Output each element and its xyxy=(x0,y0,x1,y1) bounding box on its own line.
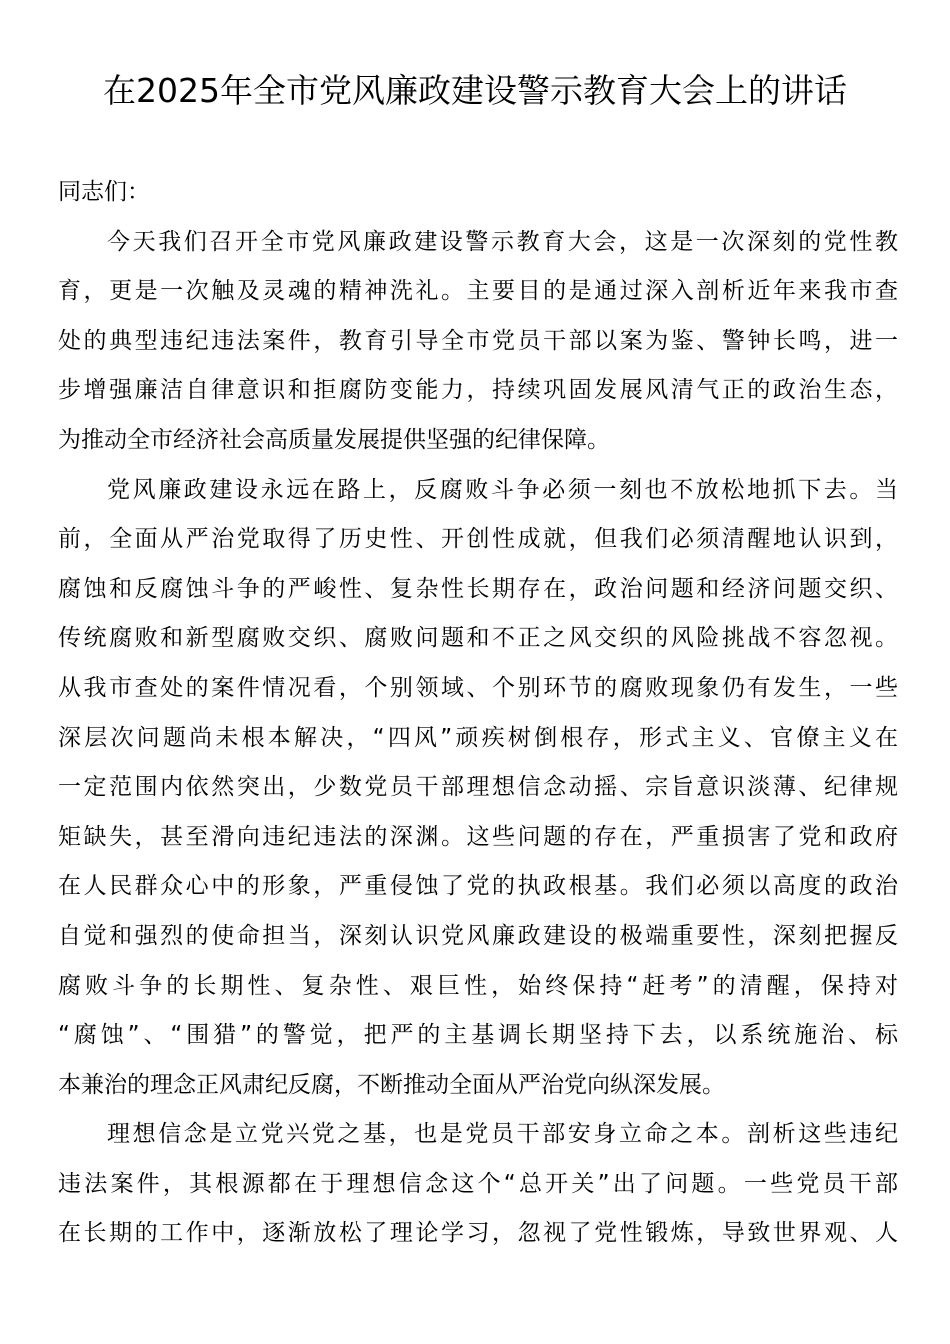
paragraph-line: 步增强廉洁自律意识和拒腐防变能力，持续巩固发展风清气正的政治生态， xyxy=(58,366,898,416)
paragraph-line: 违法案件，其根源都在于理想信念这个“总开关”出了问题。一些党员干部 xyxy=(58,1160,898,1210)
paragraph-line: 今天我们召开全市党风廉政建设警示教育大会，这是一次深刻的党性教 xyxy=(58,218,898,268)
paragraph-line: “腐蚀”、“围猎”的警觉，把严的主基调长期坚持下去，以系统施治、标 xyxy=(58,1011,898,1061)
document-title: 在2025年全市党风廉政建设警示教育大会上的讲话 xyxy=(0,68,950,114)
paragraph-line: 本兼治的理念正风肃纪反腐，不断推动全面从严治党向纵深发展。 xyxy=(58,1061,898,1111)
paragraph-line: 传统腐败和新型腐败交织、腐败问题和不正之风交织的风险挑战不容忽视。 xyxy=(58,614,898,664)
paragraph-line: 在人民群众心中的形象，严重侵蚀了党的执政根基。我们必须以高度的政治 xyxy=(58,862,898,912)
paragraph-1: 今天我们召开全市党风廉政建设警示教育大会，这是一次深刻的党性教 育，更是一次触及… xyxy=(58,218,898,466)
paragraph-line: 自觉和强烈的使命担当，深刻认识党风廉政建设的极端重要性，深刻把握反 xyxy=(58,912,898,962)
paragraph-line: 理想信念是立党兴党之基，也是党员干部安身立命之本。剖析这些违纪 xyxy=(58,1110,898,1160)
salutation: 同志们： xyxy=(58,168,898,218)
paragraph-line: 从我市查处的案件情况看，个别领域、个别环节的腐败现象仍有发生，一些 xyxy=(58,664,898,714)
paragraph-2: 党风廉政建设永远在路上，反腐败斗争必须一刻也不放松地抓下去。当 前，全面从严治党… xyxy=(58,466,898,1111)
paragraph-line: 腐蚀和反腐蚀斗争的严峻性、复杂性长期存在，政治问题和经济问题交织、 xyxy=(58,565,898,615)
paragraph-line: 为推动全市经济社会高质量发展提供坚强的纪律保障。 xyxy=(58,416,898,466)
paragraph-line: 前，全面从严治党取得了历史性、开创性成就，但我们必须清醒地认识到， xyxy=(58,515,898,565)
paragraph-line: 在长期的工作中，逐渐放松了理论学习，忽视了党性锻炼，导致世界观、人 xyxy=(58,1209,898,1259)
paragraph-line: 党风廉政建设永远在路上，反腐败斗争必须一刻也不放松地抓下去。当 xyxy=(58,466,898,516)
paragraph-line: 一定范围内依然突出，少数党员干部理想信念动摇、宗旨意识淡薄、纪律规 xyxy=(58,763,898,813)
document-body: 同志们： 今天我们召开全市党风廉政建设警示教育大会，这是一次深刻的党性教 育，更… xyxy=(58,168,898,1259)
paragraph-3: 理想信念是立党兴党之基，也是党员干部安身立命之本。剖析这些违纪 违法案件，其根源… xyxy=(58,1110,898,1259)
document-page: 在2025年全市党风廉政建设警示教育大会上的讲话 同志们： 今天我们召开全市党风… xyxy=(0,0,950,1344)
paragraph-line: 处的典型违纪违法案件，教育引导全市党员干部以案为鉴、警钟长鸣，进一 xyxy=(58,317,898,367)
paragraph-line: 腐败斗争的长期性、复杂性、艰巨性，始终保持“赶考”的清醒，保持对 xyxy=(58,962,898,1012)
paragraph-line: 矩缺失，甚至滑向违纪违法的深渊。这些问题的存在，严重损害了党和政府 xyxy=(58,813,898,863)
paragraph-line: 深层次问题尚未根本解决，“四风”顽疾树倒根存，形式主义、官僚主义在 xyxy=(58,714,898,764)
paragraph-line: 育，更是一次触及灵魂的精神洗礼。主要目的是通过深入剖析近年来我市查 xyxy=(58,267,898,317)
